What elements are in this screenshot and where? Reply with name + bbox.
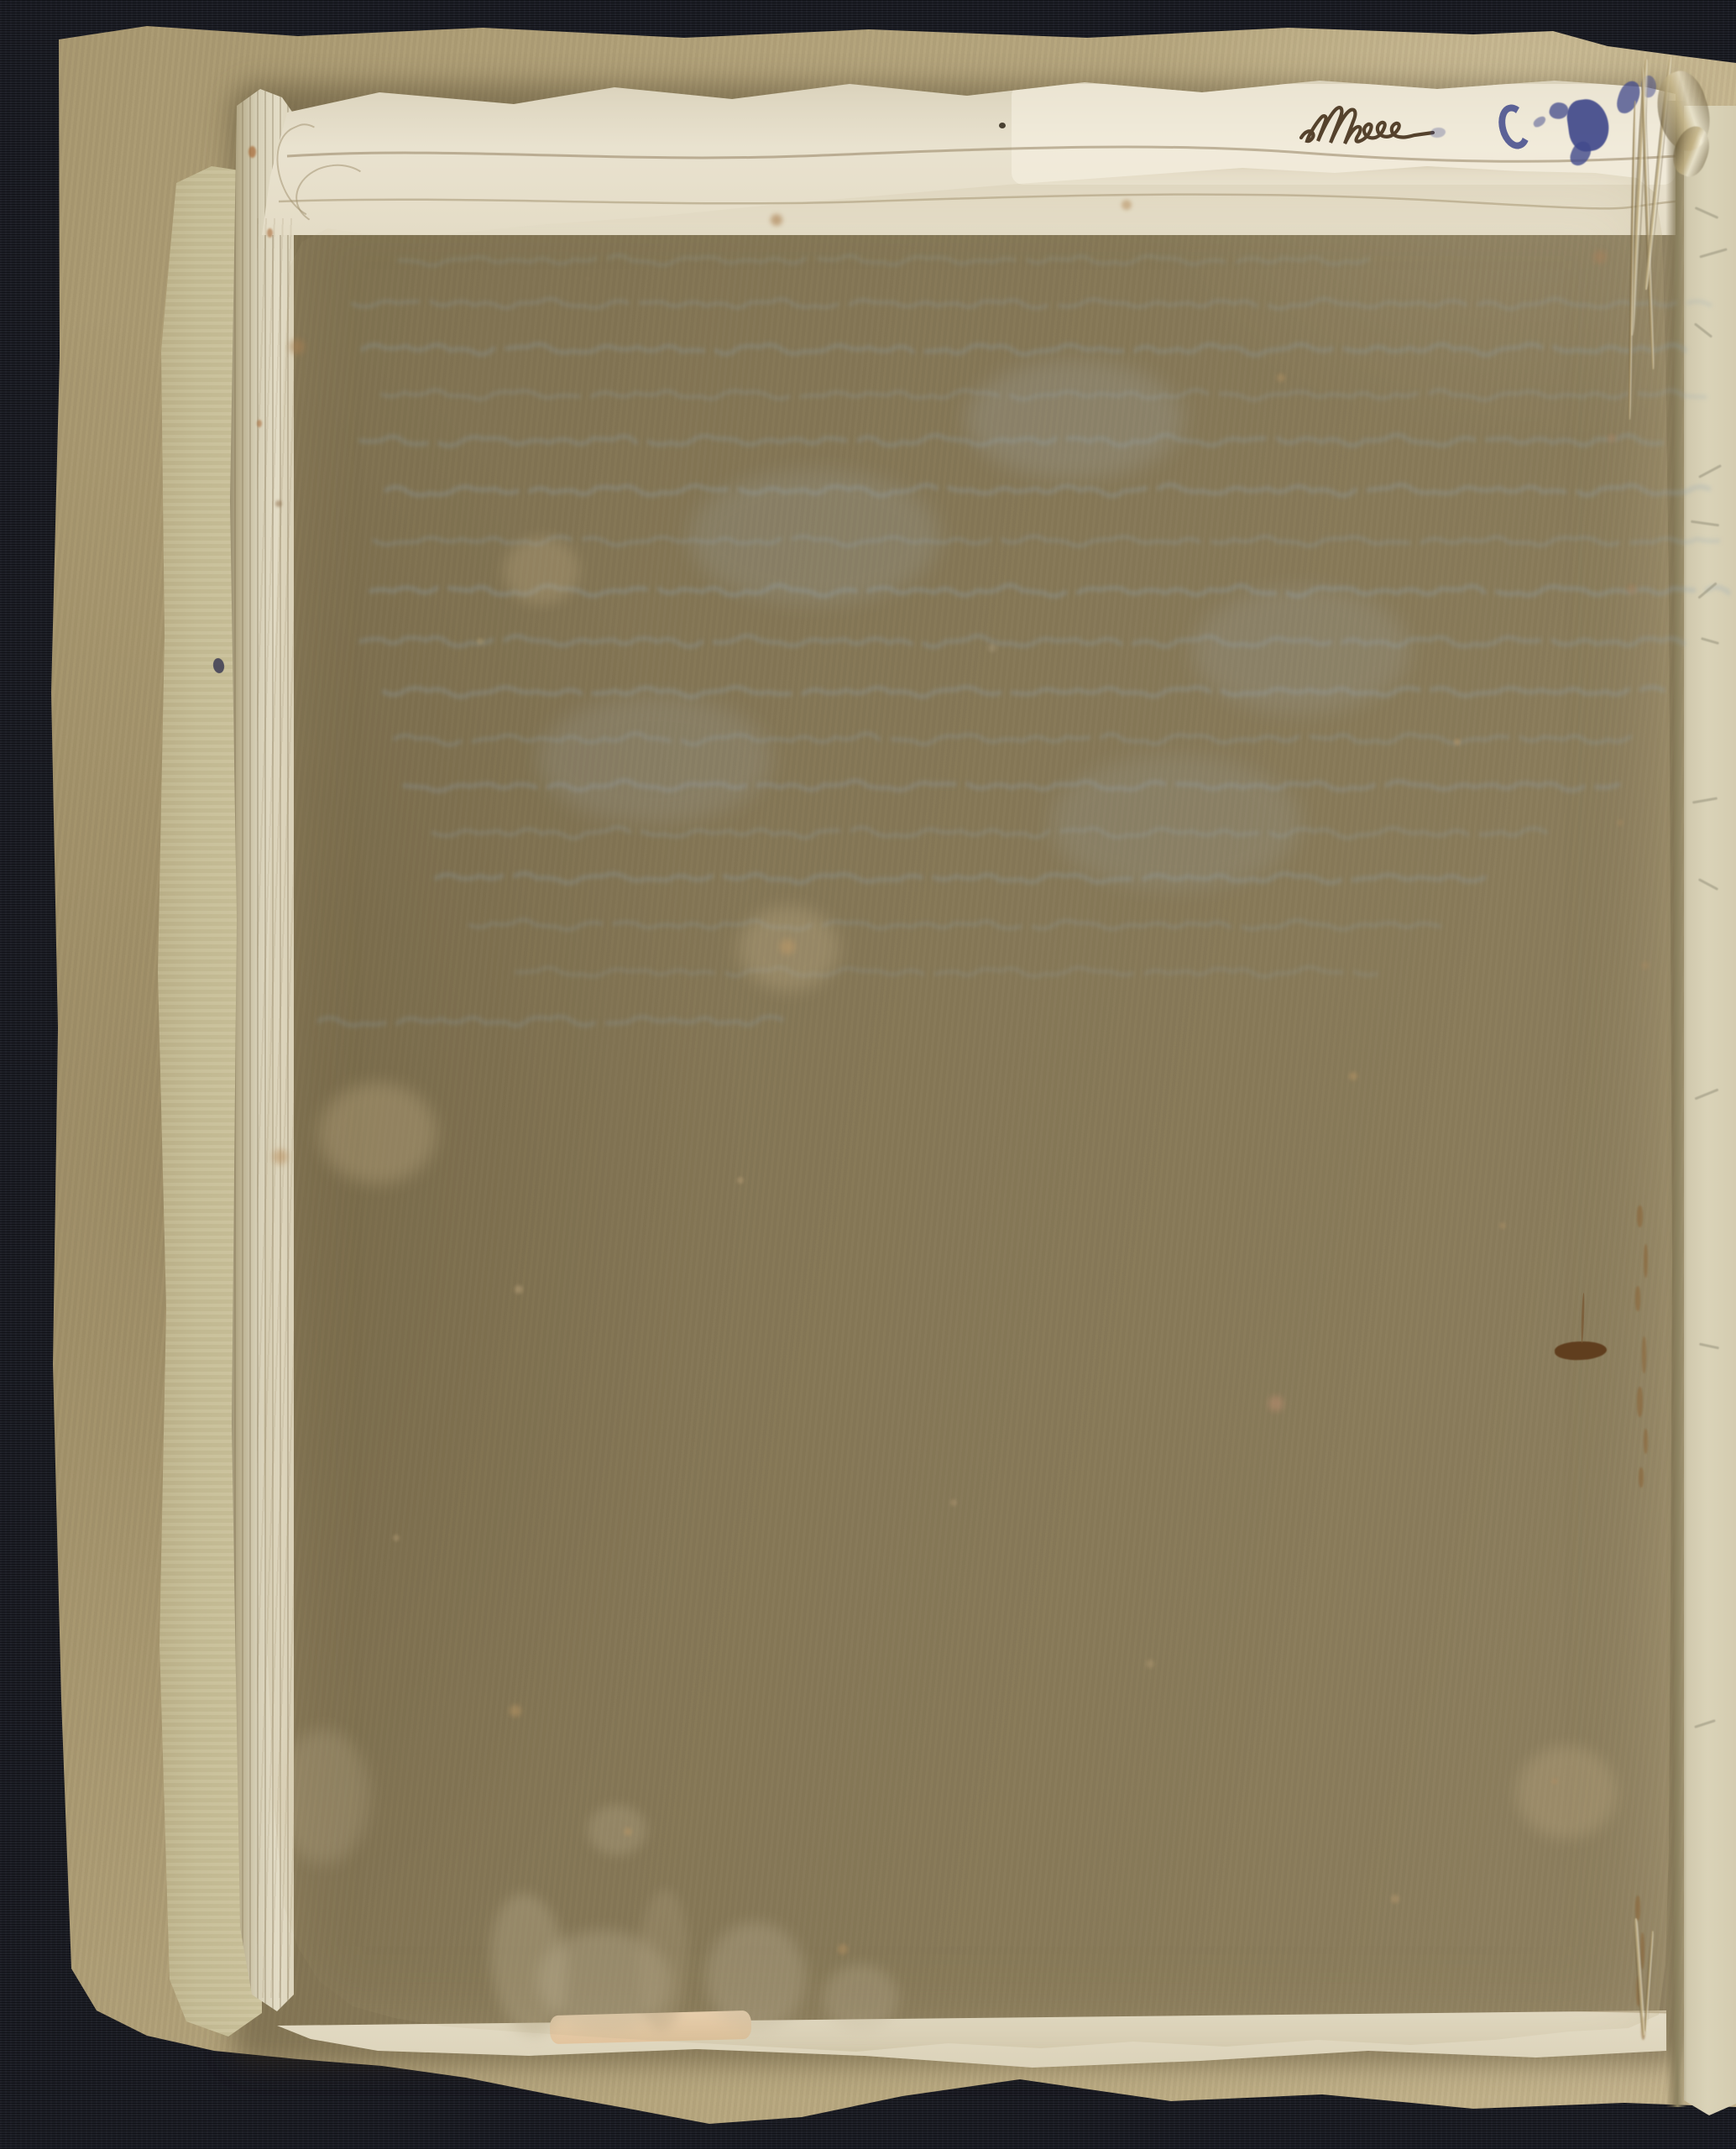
binding-thread (0, 0, 1736, 2149)
thread-strand (1644, 1931, 1655, 2031)
manuscript-scan (0, 0, 1736, 2149)
